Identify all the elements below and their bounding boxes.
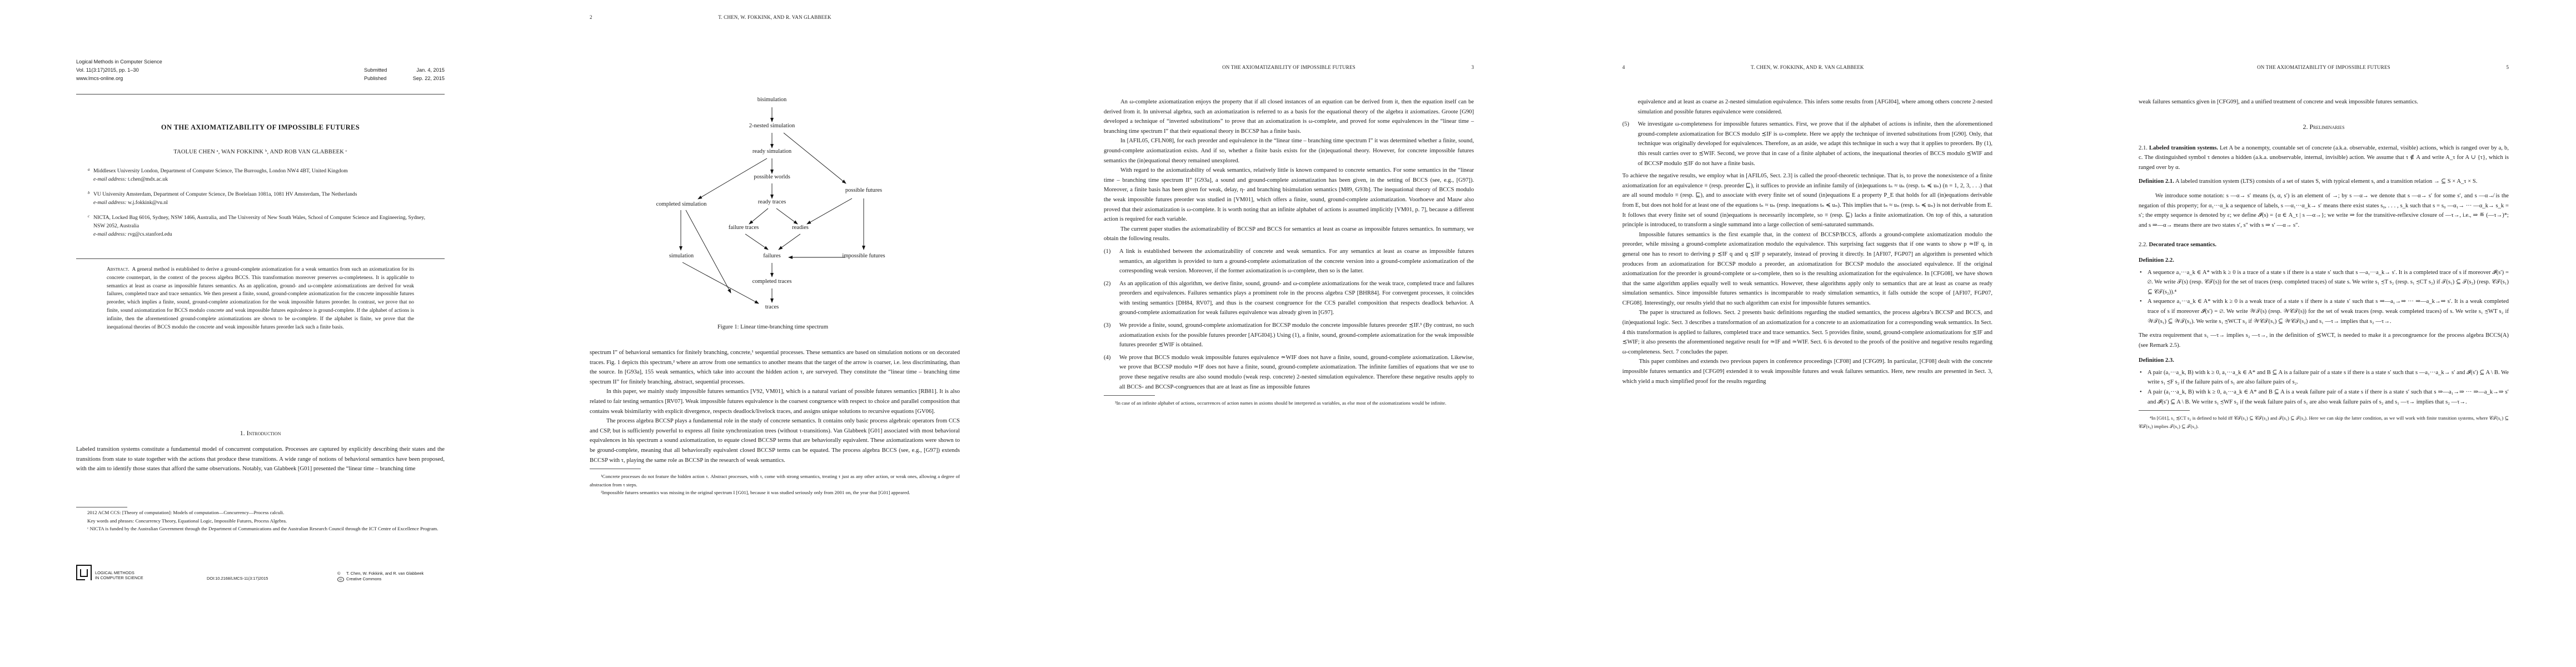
submitted-label: Submitted: [364, 66, 387, 74]
footnote-rule: [2139, 410, 2190, 411]
footnote-2: ²Impossible futures semantics was missin…: [590, 489, 960, 497]
node-bisimulation: bisimulation: [758, 97, 787, 103]
paragraph: spectrum I” of behavioral semantics for …: [590, 348, 960, 387]
definition-2-3-label: Definition 2.3.: [2139, 356, 2509, 366]
paragraph: Impossible futures semantics is the firs…: [1622, 230, 1992, 308]
paragraph: With regard to the axiomatizability of w…: [1104, 166, 1474, 225]
page-number: 3: [1472, 64, 1474, 70]
page-5: ON THE AXIOMATIZABILITY OF IMPOSSIBLE FU…: [2061, 0, 2576, 667]
page-4: 4 T. CHEN, W. FOKKINK, AND R. VAN GLABBE…: [1546, 0, 2061, 667]
page-3: ON THE AXIOMATIZABILITY OF IMPOSSIBLE FU…: [1030, 0, 1546, 667]
affiliation-c: c NICTA, Locked Bag 6016, Sydney, NSW 14…: [88, 213, 429, 238]
node-traces: traces: [765, 304, 779, 310]
running-head: ON THE AXIOMATIZABILITY OF IMPOSSIBLE FU…: [2139, 64, 2509, 72]
lmcs-logo-text: LOGICAL METHODS IN COMPUTER SCIENCE: [95, 571, 143, 580]
affiliations: a Middlesex University London, Departmen…: [88, 167, 429, 238]
results-list: (5)We investigate ω-completeness for imp…: [1622, 120, 1992, 168]
intro-paragraph: Labeled transition systems constitute a …: [76, 445, 445, 474]
results-list: (1)A link is established between the axi…: [1104, 247, 1474, 392]
affiliation-b: b VU University Amsterdam, Department of…: [88, 190, 429, 207]
keywords: Key words and phrases: Concurrency Theor…: [76, 517, 445, 525]
published-label: Published: [364, 74, 386, 83]
page-2: 2 T. CHEN, W. FOKKINK, AND R. VAN GLABBE…: [515, 0, 1030, 667]
header-rule: [76, 94, 445, 94]
pdf-page-strip: Logical Methods in Computer Science Vol.…: [0, 0, 2576, 667]
doi[interactable]: DOI:10.2168/LMCS-11(3:17)2015: [207, 576, 268, 581]
result-item: (1)A link is established between the axi…: [1104, 247, 1474, 276]
running-head: ON THE AXIOMATIZABILITY OF IMPOSSIBLE FU…: [1104, 64, 1474, 72]
page-number: 5: [2507, 64, 2509, 70]
page-footer: LOGICAL METHODS IN COMPUTER SCIENCE DOI:…: [76, 565, 445, 584]
journal-website[interactable]: www.lmcs-online.org: [76, 74, 162, 83]
affiliation-a: a Middlesex University London, Departmen…: [88, 167, 429, 183]
footnote-rule: [76, 507, 127, 507]
footnote-1: ¹Concrete processes do not feature the h…: [590, 472, 960, 489]
node-possible-futures: possible futures: [845, 187, 882, 193]
running-head-authors: T. CHEN, W. FOKKINK, AND R. VAN GLABBEEK: [1622, 64, 1992, 70]
node-ready-traces: ready traces: [758, 199, 786, 205]
journal-volume: Vol. 11(3:17)2015, pp. 1–30: [76, 66, 162, 74]
node-completed-traces: completed traces: [753, 278, 792, 285]
list-item: A pair (a₁···a_k, B) with k ≥ 0, a₁···a_…: [2139, 368, 2509, 387]
page2-body: spectrum I” of behavioral semantics for …: [590, 348, 960, 497]
journal-name: Logical Methods in Computer Science: [76, 58, 162, 66]
node-possible-worlds: possible worlds: [754, 174, 790, 180]
paragraph: The process algebra BCCSP plays a fundam…: [590, 416, 960, 465]
lmcs-logo-icon: [76, 565, 94, 581]
copyright-icon: ©: [337, 571, 346, 576]
list-item: A pair (a₁···a_k, B) with k ≥ 0, a₁···a_…: [2139, 387, 2509, 407]
paragraph: The paper is structured as follows. Sect…: [1622, 308, 1992, 357]
list-item: A sequence a₁···a_k ∈ A* with k ≥ 0 is a…: [2139, 268, 2509, 297]
paragraph: In [AFIL05, CFLN08], for each preorder a…: [1104, 136, 1474, 166]
node-impossible-futures: impossible futures: [842, 253, 885, 259]
definition-2-1: Definition 2.1. A labeled transition sys…: [2139, 177, 2509, 187]
node-2-nested-simulation: 2-nested simulation: [749, 123, 795, 129]
list-item: A sequence a₁···a_k ∈ A* with k ≥ 0 is a…: [2139, 297, 2509, 326]
node-failures: failures: [763, 253, 781, 259]
page1-footnotes: 2012 ACM CCS: [Theory of computation]: M…: [76, 509, 445, 533]
subsection-title: Labeled transition systems.: [2149, 145, 2218, 151]
paragraph: To achieve the negative results, we empl…: [1622, 171, 1992, 230]
license-link[interactable]: Creative Commons: [346, 576, 381, 581]
paragraph: The current paper studies the axiomatiza…: [1104, 225, 1474, 244]
definition-2-2-items: A sequence a₁···a_k ∈ A* with k ≥ 0 is a…: [2139, 268, 2509, 327]
email-fokkink[interactable]: w.j.fokkink@vu.nl: [128, 200, 168, 206]
page5-body: weak failures semantics given in [CFG09]…: [2139, 97, 2509, 430]
footnote-rule: [590, 469, 641, 469]
footnote-rule: [1104, 395, 1155, 396]
paper-title: ON THE AXIOMATIZABILITY OF IMPOSSIBLE FU…: [76, 123, 445, 132]
spectrum-arrows: [515, 0, 1030, 322]
definition-2-2-label: Definition 2.2.: [2139, 256, 2509, 266]
page4-body: equivalence and at least as coarse as 2-…: [1622, 97, 1992, 386]
node-failure-traces: failure traces: [729, 225, 759, 231]
paragraph: This paper combines and extends two prev…: [1622, 357, 1992, 386]
author-list: TAOLUE CHEN ᵃ, WAN FOKKINK ᵇ, AND ROB VA…: [76, 149, 445, 155]
notation-paragraph: We introduce some notation: s —α→ s′ mea…: [2139, 191, 2509, 230]
abstract-text: A general method is established to deriv…: [107, 267, 414, 330]
result-item: (3)We provide a finite, sound, ground-co…: [1104, 321, 1474, 350]
journal-info: Logical Methods in Computer Science Vol.…: [76, 58, 162, 83]
published-date: Sep. 22, 2015: [413, 74, 445, 83]
page3-body: An ω-complete axiomatization enjoys the …: [1104, 97, 1474, 407]
submission-dates: Submitted Jan. 4, 2015 Published Sep. 22…: [364, 66, 445, 83]
subsection-2-1: 2.1. Labeled transition systems. Let A b…: [2139, 143, 2509, 173]
footnote-3: ³In case of an infinite alphabet of acti…: [1104, 399, 1474, 407]
node-ready-simulation: ready simulation: [753, 148, 791, 155]
paragraph: In this paper, we mainly study impossibl…: [590, 387, 960, 416]
figure-1-caption: Figure 1: Linear time-branching time spe…: [515, 324, 1030, 330]
running-head-title: ON THE AXIOMATIZABILITY OF IMPOSSIBLE FU…: [1104, 64, 1474, 70]
footnote-4: ⁴In [G01], s₁ ≾CT s₂ is defined to hold …: [2139, 414, 2509, 430]
abstract-label: Abstract.: [107, 267, 129, 272]
abstract: Abstract. A general method is establishe…: [107, 266, 414, 331]
running-head-title: ON THE AXIOMATIZABILITY OF IMPOSSIBLE FU…: [2139, 64, 2509, 70]
email-chen[interactable]: t.chen@mdx.ac.uk: [128, 176, 168, 182]
copyright-block: ©T. Chen, W. Fokkink, and R. van Glabbee…: [337, 571, 423, 582]
result-4-continued: equivalence and at least as coarse as 2-…: [1622, 97, 1992, 117]
result-item: (2)As an application of this algorithm, …: [1104, 279, 1474, 318]
section-2-heading: 2. Preliminaries: [2139, 123, 2509, 131]
definition-2-3-items: A pair (a₁···a_k, B) with k ≥ 0, a₁···a_…: [2139, 368, 2509, 407]
paragraph: An ω-complete axiomatization enjoys the …: [1104, 97, 1474, 136]
email-vanglabbeek[interactable]: rvg@cs.stanford.edu: [128, 231, 172, 237]
result-item: (4)We prove that BCCS modulo weak imposs…: [1104, 353, 1474, 392]
paragraph: weak failures semantics given in [CFG09]…: [2139, 97, 2509, 107]
acm-ccs: 2012 ACM CCS: [Theory of computation]: M…: [76, 509, 445, 517]
node-simulation: simulation: [669, 253, 694, 259]
running-head: 4 T. CHEN, W. FOKKINK, AND R. VAN GLABBE…: [1622, 64, 1992, 72]
subsection-2-2: 2.2. Decorated trace semantics.: [2139, 240, 2509, 250]
section-1-heading: 1. Introduction: [76, 429, 445, 437]
result-item: (5)We investigate ω-completeness for imp…: [1622, 120, 1992, 168]
nicta-funding: ᶜ NICTA is funded by the Australian Gove…: [76, 525, 445, 533]
creative-commons-icon: cc: [337, 577, 344, 582]
page-1: Logical Methods in Computer Science Vol.…: [0, 0, 515, 667]
submitted-date: Jan. 4, 2015: [416, 66, 445, 74]
abstract-rule: [76, 258, 445, 259]
figure-1-spectrum-diagram: bisimulation 2-nested simulation ready s…: [515, 0, 1030, 311]
node-completed-simulation: completed simulation: [656, 201, 707, 207]
paragraph: The extra requirement that s₁ —τ→ implie…: [2139, 331, 2509, 350]
node-readies: readies: [792, 225, 809, 231]
